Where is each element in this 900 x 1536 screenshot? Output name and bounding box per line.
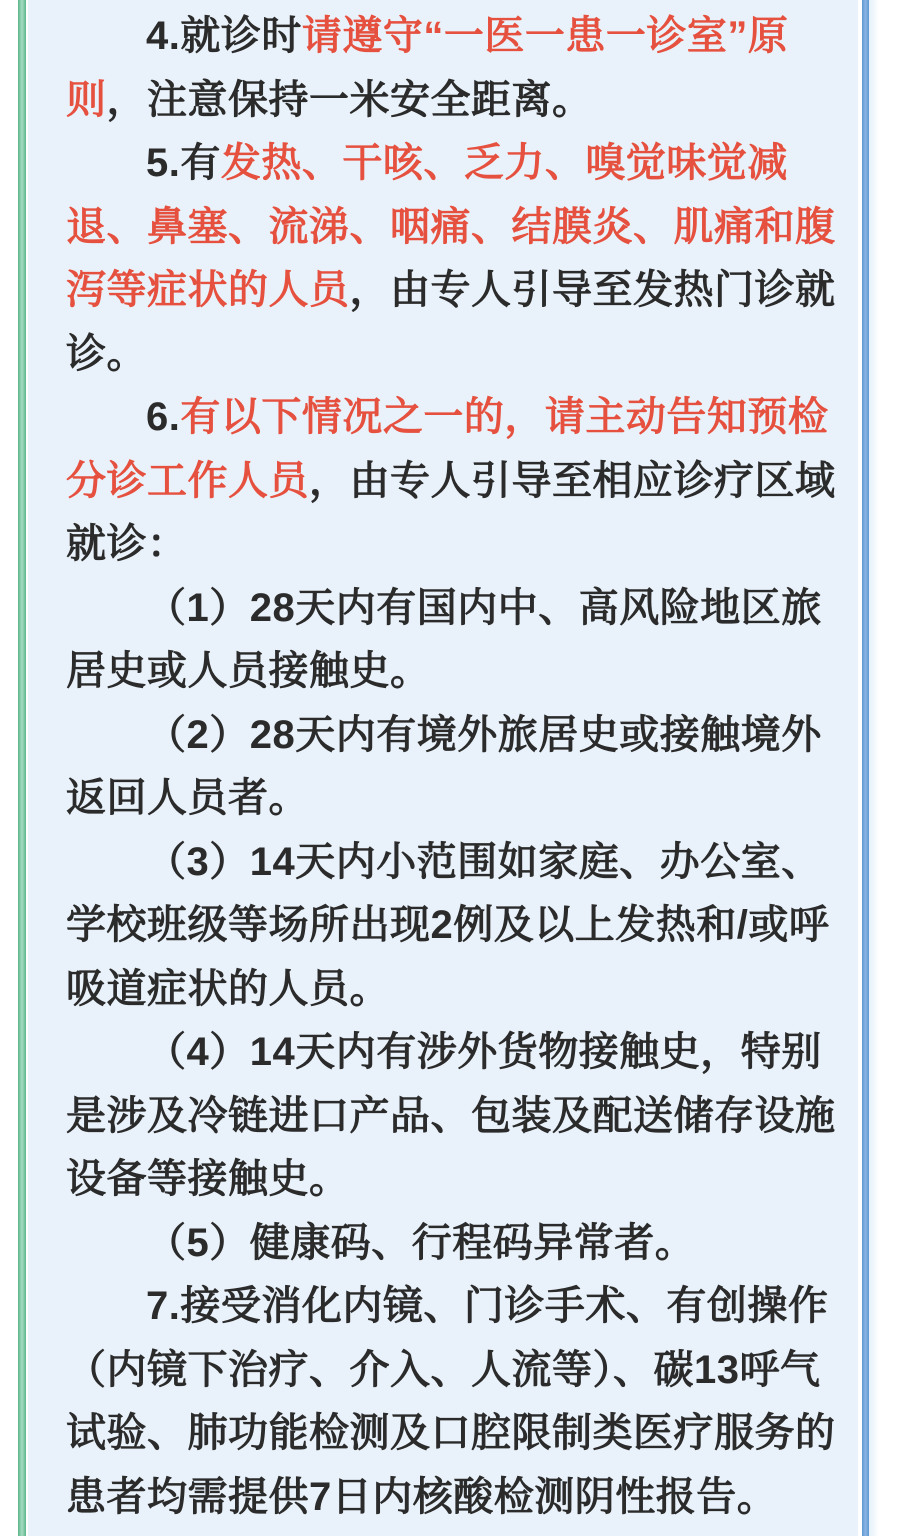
highlighted-text-segment: 有以下情况之一的，请主动告知预检: [180, 395, 828, 439]
right-edge-fade: [869, 0, 879, 1536]
text-line: 患者均需提供7日内核酸检测阴性报告。: [66, 1466, 842, 1530]
highlighted-text-segment: 泻等症状的人员: [66, 268, 350, 312]
text-line: 7.接受消化内镜、门诊手术、有创操作: [66, 1275, 842, 1339]
text-segment: 是涉及冷链进口产品、包装及配送储存设施: [66, 1094, 836, 1138]
text-line: （3）14天内小范围如家庭、办公室、: [66, 831, 842, 895]
text-line: 退、鼻塞、流涕、咽痛、结膜炎、肌痛和腹: [66, 196, 842, 260]
text-segment: （1）28天内有国内中、高风险地区旅: [146, 586, 822, 630]
notice-panel: 4.就诊时请遵守“一医一患一诊室”原则，注意保持一米安全距离。5.有发热、干咳、…: [28, 0, 858, 1536]
text-line: 吸道症状的人员。: [66, 958, 842, 1022]
text-segment: ，由专人引导至相应诊疗区域: [309, 459, 836, 503]
text-segment: （2）28天内有境外旅居史或接触境外: [146, 713, 822, 757]
text-segment: 学校班级等场所出现2例及以上发热和/或呼: [66, 903, 829, 947]
text-line: 5.有发热、干咳、乏力、嗅觉味觉减: [66, 132, 842, 196]
text-segment: 吸道症状的人员。: [66, 967, 390, 1011]
text-segment: （4）14天内有涉外货物接触史，特别: [146, 1030, 822, 1074]
text-line: 就诊：: [66, 513, 842, 577]
text-segment: 就诊：: [66, 522, 188, 566]
text-segment: 患者均需提供7日内核酸检测阴性报告。: [66, 1475, 777, 1519]
text-line: 学校班级等场所出现2例及以上发热和/或呼: [66, 894, 842, 958]
text-segment: （3）14天内小范围如家庭、办公室、: [146, 840, 822, 884]
text-segment: 6.: [146, 395, 180, 439]
notice-text: 4.就诊时请遵守“一医一患一诊室”原则，注意保持一米安全距离。5.有发热、干咳、…: [28, 0, 858, 1529]
text-segment: ，由专人引导至发热门诊就: [350, 268, 836, 312]
highlighted-text-segment: 分诊工作人员: [66, 459, 309, 503]
text-segment: 5.有: [146, 141, 221, 185]
text-line: 4.就诊时请遵守“一医一患一诊室”原: [66, 5, 842, 69]
text-segment: 居史或人员接触史。: [66, 649, 431, 693]
text-segment: 4.就诊时: [146, 14, 302, 58]
text-line: 返回人员者。: [66, 767, 842, 831]
text-line: 设备等接触史。: [66, 1148, 842, 1212]
text-segment: 诊。: [66, 332, 147, 376]
text-segment: 设备等接触史。: [66, 1157, 350, 1201]
text-line: （5）健康码、行程码异常者。: [66, 1212, 842, 1276]
text-line: 试验、肺功能检测及口腔限制类医疗服务的: [66, 1402, 842, 1466]
highlighted-text-segment: 退、鼻塞、流涕、咽痛、结膜炎、肌痛和腹: [66, 205, 836, 249]
text-line: （1）28天内有国内中、高风险地区旅: [66, 577, 842, 641]
text-line: 诊。: [66, 323, 842, 387]
text-line: 分诊工作人员，由专人引导至相应诊疗区域: [66, 450, 842, 514]
text-line: 是涉及冷链进口产品、包装及配送储存设施: [66, 1085, 842, 1149]
text-segment: （5）健康码、行程码异常者。: [146, 1221, 695, 1265]
text-line: （内镜下治疗、介入、人流等）、碳13呼气: [66, 1339, 842, 1403]
text-line: （2）28天内有境外旅居史或接触境外: [66, 704, 842, 768]
highlighted-text-segment: 请遵守“一医一患一诊室”原: [302, 14, 789, 58]
text-segment: 试验、肺功能检测及口腔限制类医疗服务的: [66, 1411, 836, 1455]
left-accent-border: [18, 0, 26, 1536]
text-line: 泻等症状的人员，由专人引导至发热门诊就: [66, 259, 842, 323]
text-line: 6.有以下情况之一的，请主动告知预检: [66, 386, 842, 450]
text-line: （4）14天内有涉外货物接触史，特别: [66, 1021, 842, 1085]
highlighted-text-segment: 发热、干咳、乏力、嗅觉味觉减: [221, 141, 788, 185]
text-segment: 7.接受消化内镜、门诊手术、有创操作: [146, 1284, 828, 1328]
right-accent-border: [862, 0, 869, 1536]
text-segment: （内镜下治疗、介入、人流等）、碳13呼气: [66, 1348, 821, 1392]
text-segment: ，注意保持一米安全距离。: [107, 78, 593, 122]
page: { "page": { "background": "#ffffff", "co…: [0, 0, 900, 1536]
text-segment: 返回人员者。: [66, 776, 309, 820]
highlighted-text-segment: 则: [66, 78, 107, 122]
text-line: 居史或人员接触史。: [66, 640, 842, 704]
text-line: 则，注意保持一米安全距离。: [66, 69, 842, 133]
